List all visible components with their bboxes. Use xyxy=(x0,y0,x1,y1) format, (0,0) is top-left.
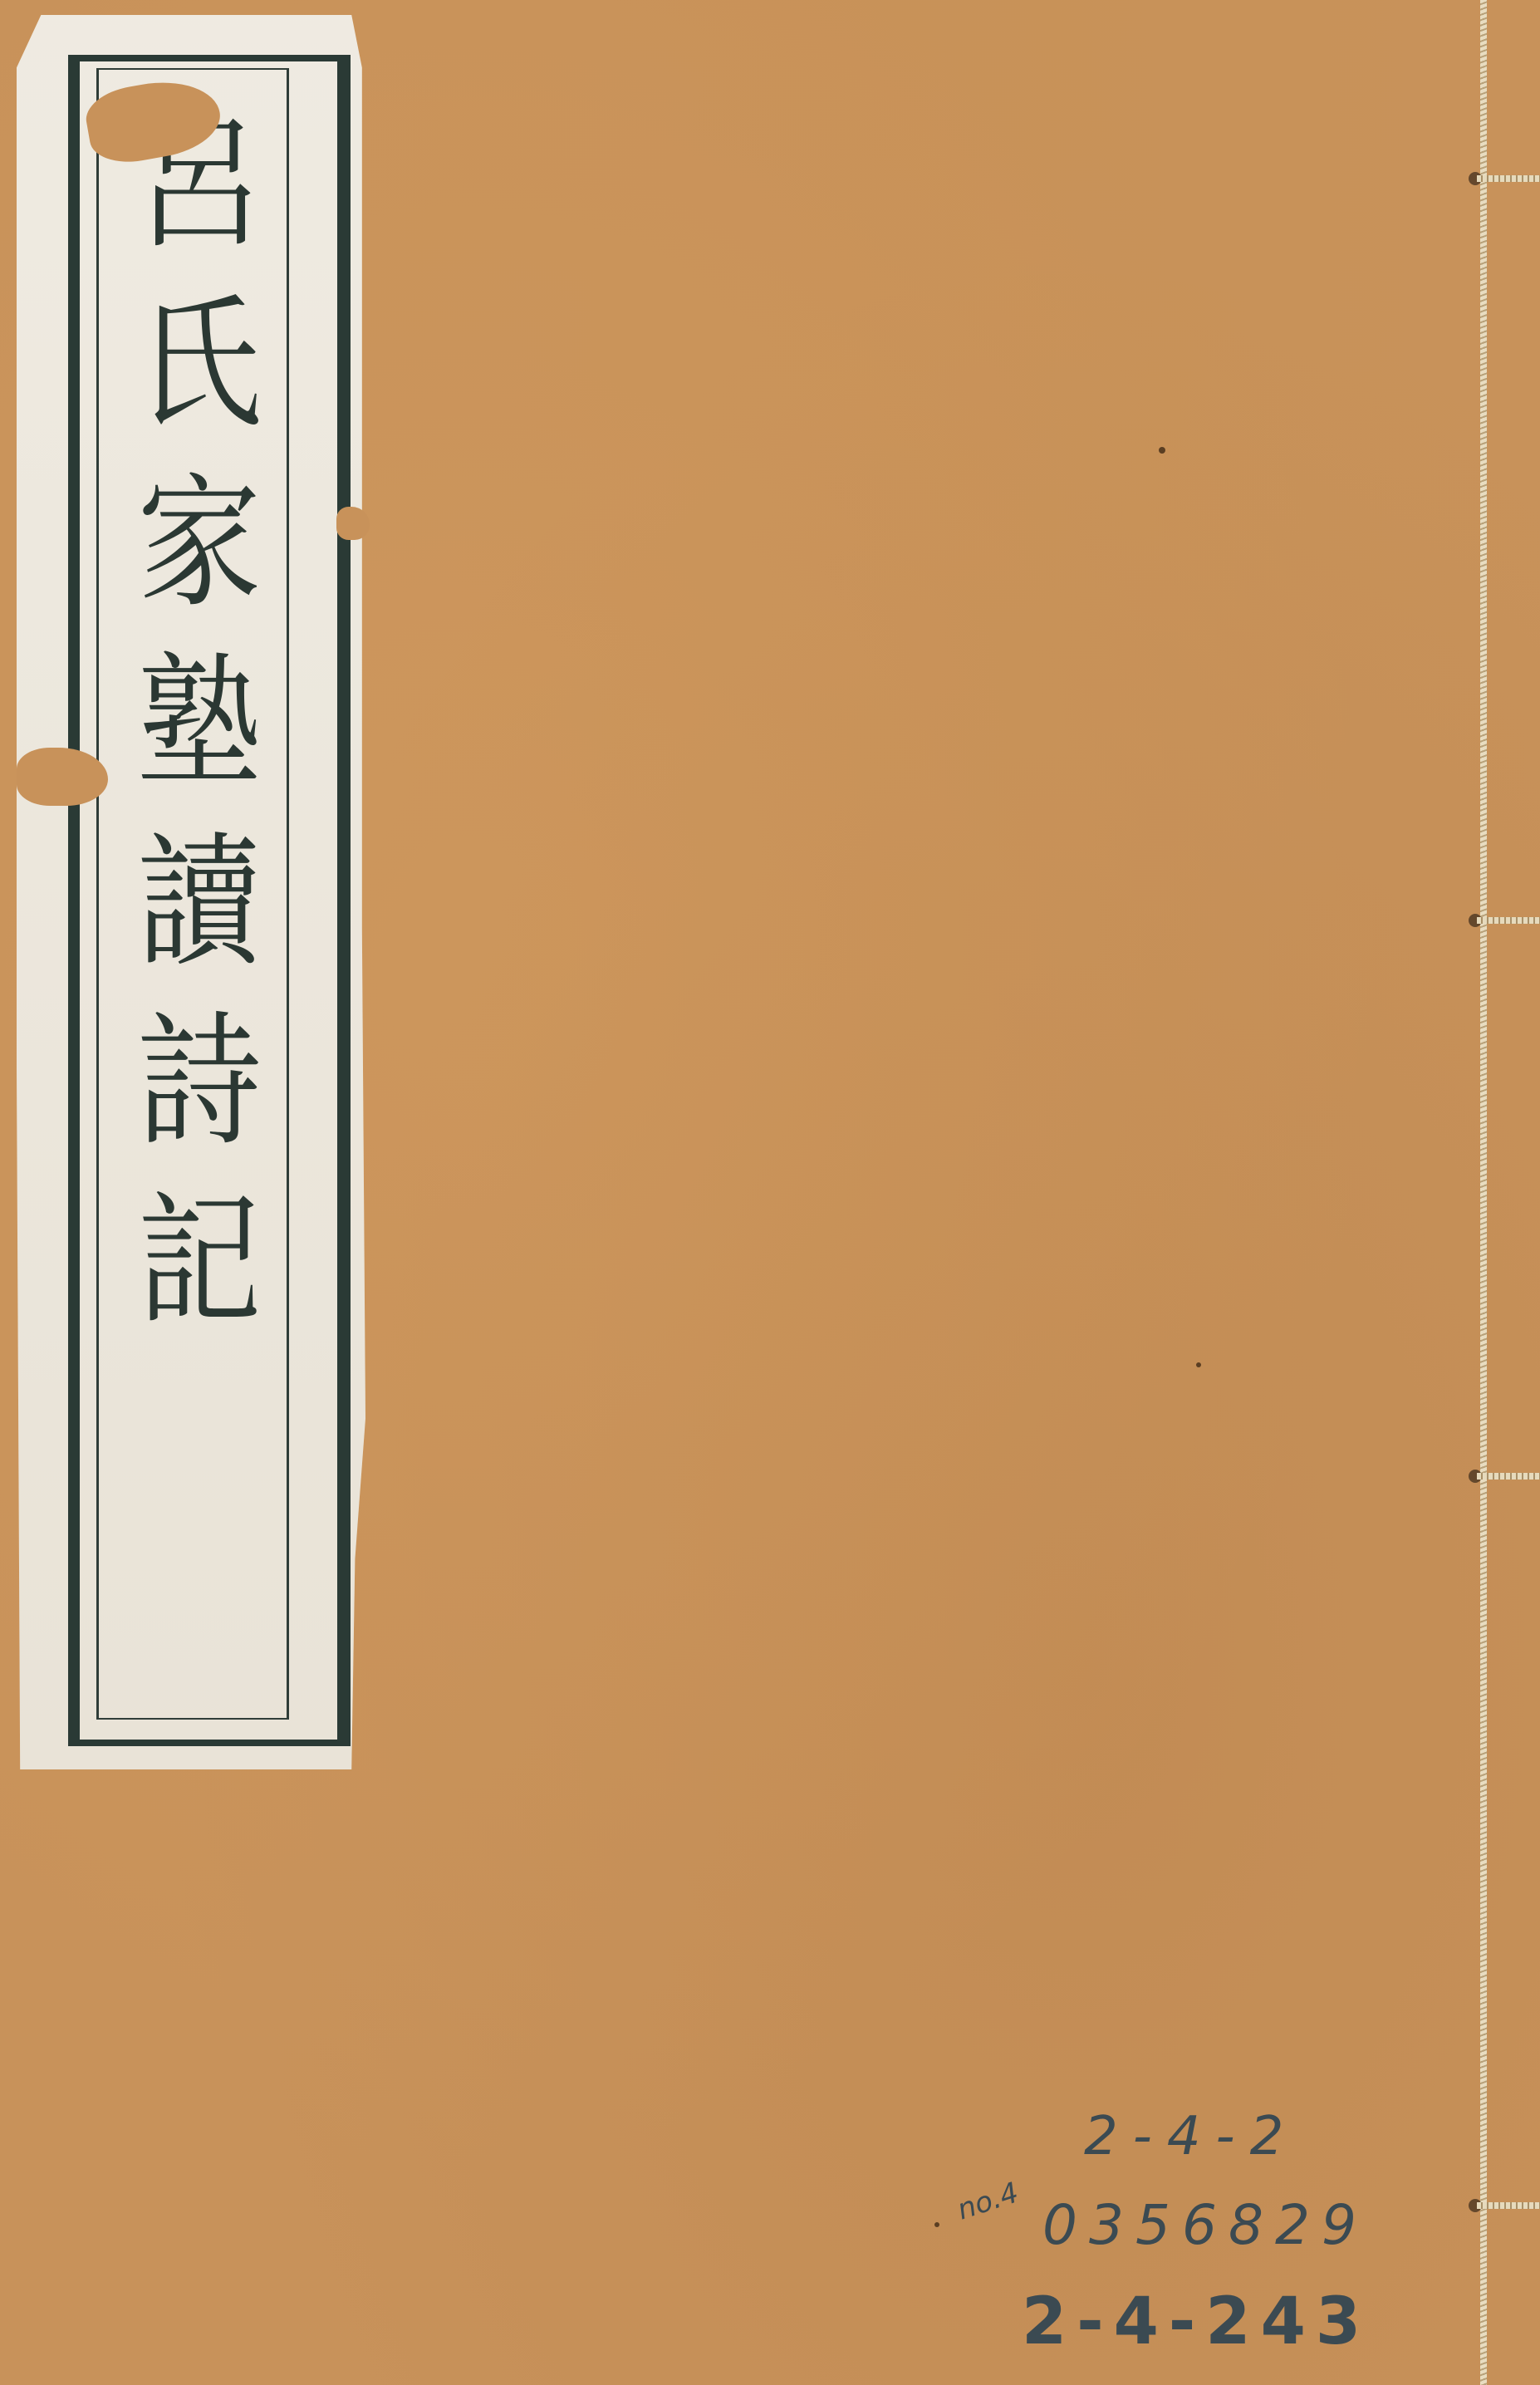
title-char-5: 讀 xyxy=(137,812,262,994)
speck xyxy=(1159,447,1165,454)
title-label-slip: 呂 氏 家 塾 讀 詩 記 xyxy=(17,15,365,1769)
speck xyxy=(1196,1362,1201,1367)
binding-thread xyxy=(1480,0,1487,2385)
handwritten-call-number-2: 2-4-243 xyxy=(1022,2284,1371,2359)
title-char-2: 氏 xyxy=(137,274,262,456)
handwritten-annotation: no.4 xyxy=(954,2176,1023,2226)
title-char-3: 家 xyxy=(137,454,262,636)
stitch-3 xyxy=(1477,1473,1540,1480)
speck xyxy=(934,2222,939,2227)
handwritten-accession-number: 0356829 xyxy=(1042,2193,1368,2257)
book-title: 呂 氏 家 塾 讀 詩 記 xyxy=(116,106,282,1341)
title-char-7: 記 xyxy=(137,1171,262,1353)
handwritten-call-number-1: 2-4-2 xyxy=(1084,2106,1298,2167)
title-char-6: 詩 xyxy=(137,992,262,1174)
title-char-4: 塾 xyxy=(137,633,262,815)
stitch-2 xyxy=(1477,917,1540,924)
stitch-1 xyxy=(1477,175,1540,182)
stitch-4 xyxy=(1477,2202,1540,2209)
label-tear-right xyxy=(336,507,370,540)
